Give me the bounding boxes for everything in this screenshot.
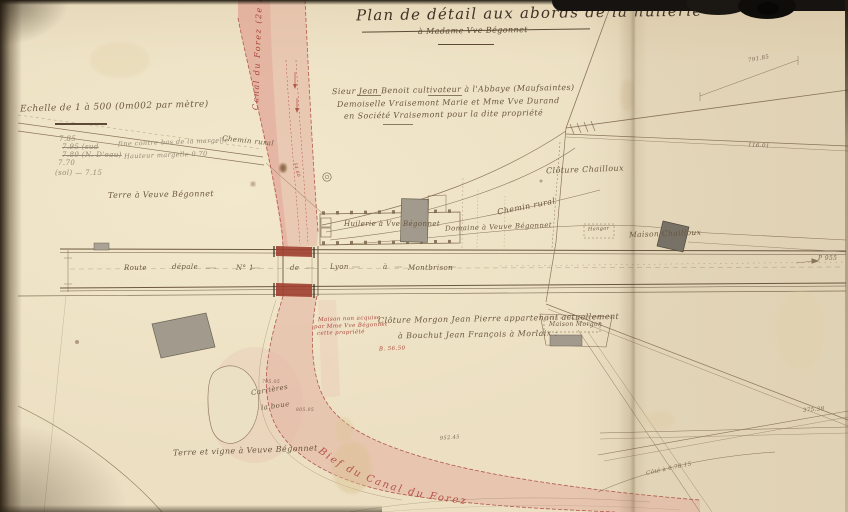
top-left-corner-shadow [0,0,70,46]
road-word-montbrison: Montbrison [408,265,453,272]
pencil-note-2: 7.95 (sud [62,144,99,151]
parcel-lines [18,2,848,512]
road-word-lyon: Lyon [330,264,349,271]
pencil-note-5: (sol) — 7.15 [55,170,102,177]
pencil-note-3: 7.80 (N. D'eau) [62,152,122,159]
bottom-left-corner-shadow [0,422,130,512]
measure-p955: P 955 [818,256,837,262]
owner-underline1 [357,95,381,96]
pencil-note-4: 7.70 [58,160,75,167]
subtitle-underline [438,44,494,45]
road-word-route: Route [124,265,147,272]
label-maison-morgon: Maison Morgon [549,322,602,328]
binder-clip-icon [757,2,779,15]
owner-underline3 [383,124,413,125]
culvert-bridge [274,246,314,298]
road-word-n1: N° 1 [236,265,254,272]
label-huilerie: Huilerie à Vve Bégonnet [344,221,440,228]
measure-116: 116.01 [748,143,770,150]
owner-underline2 [428,95,462,96]
road-word-de: de [290,265,299,272]
bottom-page-edge [0,505,382,512]
road-word-a: à [383,264,388,271]
measure-795: 795.05 [262,381,280,386]
paper-fold [618,0,648,512]
measure-805: 805.05 [296,409,314,414]
scale-underline [55,123,107,125]
scanned-plan: Bief du Canal du Forez Plan de détail au… [0,0,848,512]
pencil-note-1: 7.85 [59,136,76,143]
measure-b5650: B. 56.50 [379,347,406,353]
road-word-depale: dépale [172,264,198,271]
